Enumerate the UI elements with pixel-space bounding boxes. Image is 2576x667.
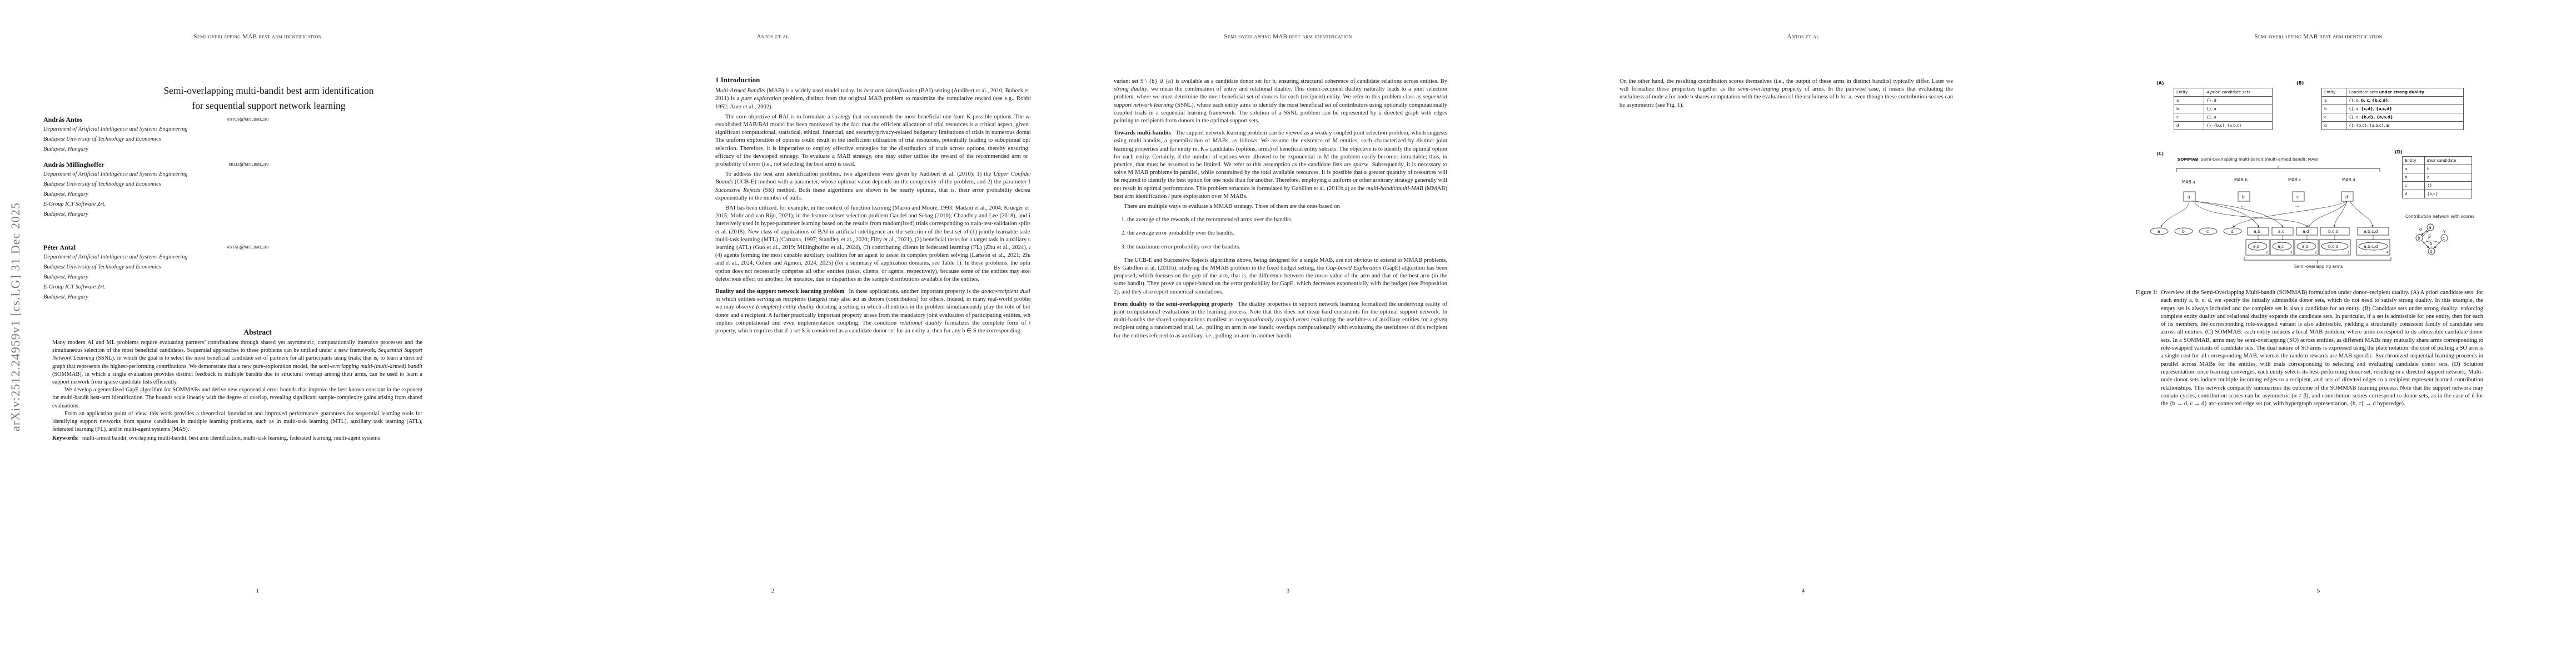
page-3: Semi-overlapping MAB best arm identifica… [1030, 0, 1546, 667]
paragraph: The UCB-E and Successive Rejects algorit… [1114, 257, 1447, 296]
svg-text:β: β [2428, 234, 2431, 239]
page-4: Antos et al On the other hand, the resul… [1546, 0, 2061, 667]
paragraph: Multi-Armed Bandits (MAB) is a widely us… [715, 87, 1038, 111]
paper-title: Semi-overlapping multi-bandit best arm i… [44, 83, 493, 113]
running-head: Semi-overlapping MAB best arm identifica… [0, 33, 515, 40]
page-number: 5 [2061, 588, 2576, 594]
table-header-row: Entity Best candidate [2403, 157, 2472, 165]
svg-text:a,b,c,d: a,b,c,d [2364, 229, 2378, 234]
svg-text:2: 2 [2266, 251, 2268, 255]
author-affiliation: Budapest, Hungary [43, 272, 249, 282]
main-column: variant set S \ {b} ∪ {a} is available a… [1114, 78, 1447, 342]
svg-text:a,b: a,b [2253, 244, 2260, 249]
abstract-paragraph: From an application point of view, this … [52, 410, 422, 434]
author-block: Péter Antal Department of Artificial Int… [43, 243, 249, 302]
page-number: 1 [0, 588, 515, 594]
author-affiliation: Budapest University of Technology and Ec… [43, 135, 249, 145]
author-name: Péter Antal [43, 243, 249, 252]
svg-text:a: a [2429, 225, 2431, 230]
svg-text:d: d [2345, 195, 2348, 200]
svg-text:b: b [2242, 195, 2245, 200]
svg-text:MAB d: MAB d [2342, 177, 2355, 182]
title-line-2: for sequential support network learning [44, 98, 493, 113]
author-affiliation: Budapest, Hungary [43, 210, 249, 220]
author-affiliation: Budapest, Hungary [43, 190, 249, 200]
list-item: the maximum error probability over the b… [1127, 243, 1447, 251]
svg-text:2: 2 [2315, 251, 2317, 255]
author-name: András Antos [43, 115, 249, 125]
paragraph: To address the best arm identification p… [715, 171, 1038, 202]
paragraph-heading: Towards multi-bandits [1114, 130, 1171, 136]
author-affiliation: Department of Artificial Intelligence an… [43, 170, 249, 180]
sommab-diagram: MAB a MAB b MAB c MAB d a b c d ... ... [2061, 0, 2576, 289]
page-2: Antos et al 1 Introduction Multi-Armed B… [515, 0, 1030, 667]
page-1: arXiv:2512.24959v1 [cs.LG] 31 Dec 2025 S… [0, 0, 515, 667]
figure-caption: Figure 1: Overview of the Semi-Overlappi… [2161, 289, 2483, 408]
svg-text:b: b [2418, 236, 2420, 241]
svg-text:MAB c: MAB c [2288, 177, 2301, 182]
arxiv-stamp: arXiv:2512.24959v1 [cs.LG] 31 Dec 2025 [4, 78, 27, 556]
paragraph: The core objective of BAI is to formulat… [715, 113, 1038, 168]
svg-text:b,c,d: b,c,d [2328, 229, 2339, 234]
abstract-body: Many modern AI and ML problems require e… [52, 339, 422, 443]
svg-text:Semi-overlapping arms: Semi-overlapping arms [2294, 264, 2343, 269]
svg-text:a,d: a,d [2302, 244, 2309, 249]
list-item: the average of the rewards of the recomm… [1127, 216, 1447, 224]
running-head: Antos et al [1546, 33, 2061, 40]
author-affiliation: E-Group ICT Software Zrt. [43, 200, 249, 210]
svg-text:...: ... [2295, 203, 2299, 208]
paragraph: From duality to the semi-overlapping pro… [1114, 301, 1447, 340]
svg-text:c: c [2443, 236, 2445, 241]
svg-text:MAB b: MAB b [2234, 177, 2248, 182]
svg-text:a: a [2158, 229, 2160, 234]
table-row: ba [2403, 173, 2472, 182]
page-number: 2 [515, 588, 1030, 594]
svg-text:4: 4 [2386, 251, 2389, 255]
svg-text:b,c,d: b,c,d [2328, 244, 2339, 249]
abstract-paragraph: Many modern AI and ML problems require e… [52, 339, 422, 386]
svg-text:c: c [2206, 229, 2209, 234]
svg-text:a,c: a,c [2278, 229, 2284, 234]
svg-text:a,b: a,b [2254, 229, 2260, 234]
table-row: d{b,c} [2403, 190, 2472, 198]
title-line-1: Semi-overlapping multi-bandit best arm i… [44, 83, 493, 98]
svg-text:d: d [2231, 229, 2234, 234]
page-5: Semi-overlapping MAB best arm identifica… [2061, 0, 2576, 667]
section-heading: 1 Introduction [715, 76, 1038, 84]
paragraph: There are multiple ways to evaluate a MM… [1114, 203, 1447, 211]
svg-text:c: c [2296, 195, 2299, 200]
author-block: András Millinghoffer Department of Artif… [43, 160, 249, 220]
running-head: Antos et al [515, 33, 1030, 40]
svg-text:2: 2 [2290, 251, 2293, 255]
svg-text:d: d [2430, 249, 2433, 254]
author-block: András Antos Department of Artificial In… [43, 115, 249, 155]
main-column: On the other hand, the resulting contrib… [1620, 78, 1953, 112]
page-number: 4 [1546, 588, 2061, 594]
main-column: 1 Introduction Multi-Armed Bandits (MAB)… [715, 75, 1038, 337]
paragraph-heading: Duality and the support network learning… [715, 288, 844, 295]
arxiv-identifier: arXiv:2512.24959v1 [cs.LG] 31 Dec 2025 [8, 202, 23, 431]
keywords-list: multi-armed bandit, overlapping multi-ba… [82, 435, 380, 441]
mab-node [2184, 192, 2353, 201]
svg-text:b: b [2182, 229, 2185, 234]
running-head: Semi-overlapping MAB best arm identifica… [1030, 33, 1546, 40]
keywords: Keywords:multi-armed bandit, overlapping… [52, 435, 422, 442]
author-email[interactable]: antal@mit.bme.hu [227, 244, 269, 250]
panel-d-table: Entity Best candidate ab ba c{} d{b,c} [2402, 156, 2472, 198]
author-affiliation: Budapest University of Technology and Ec… [43, 262, 249, 272]
author-affiliation: E-Group ICT Software Zrt. [43, 282, 249, 292]
author-affiliation: Budapest, Hungary [43, 145, 249, 155]
paragraph-heading: From duality to the semi-overlapping pro… [1114, 301, 1233, 307]
author-email[interactable]: antos@mit.bme.hu [227, 116, 269, 122]
svg-text:γ: γ [2443, 228, 2446, 233]
author-affiliation: Budapest, Hungary [43, 292, 249, 302]
abstract-paragraph: We develop a generalized GapE algorithm … [52, 386, 422, 410]
paragraph: On the other hand, the resulting contrib… [1620, 78, 1953, 109]
author-affiliation: Department of Artificial Intelligence an… [43, 125, 249, 135]
svg-text:δ: δ [2430, 241, 2433, 246]
table-row: c{} [2403, 182, 2472, 190]
paragraph: Duality and the support network learning… [715, 288, 1038, 335]
list-item: the average error probability over the b… [1127, 230, 1447, 237]
svg-text:a,d: a,d [2303, 229, 2309, 234]
evaluation-criteria-list: the average of the rewards of the recomm… [1127, 216, 1447, 251]
svg-text:α: α [2419, 227, 2422, 232]
figure-caption-label: Figure 1: [2136, 289, 2158, 297]
svg-text:Contribution network with scor: Contribution network with scores [2405, 214, 2474, 219]
table-row: ab [2403, 165, 2472, 173]
author-name: András Millinghoffer [43, 160, 249, 170]
svg-text:a,b,c,d: a,b,c,d [2364, 244, 2378, 249]
paragraph: variant set S \ {b} ∪ {a} is available a… [1114, 78, 1447, 125]
author-affiliation: Budapest University of Technology and Ec… [43, 180, 249, 190]
svg-text:MAB a: MAB a [2182, 180, 2195, 185]
svg-text:3: 3 [2347, 251, 2349, 255]
author-affiliation: Department of Artificial Intelligence an… [43, 252, 249, 262]
panel-label-d: (D) [2395, 150, 2403, 155]
paragraph: Towards multi-banditsThe support network… [1114, 130, 1447, 201]
keywords-label: Keywords: [52, 435, 79, 441]
page-number: 3 [1030, 588, 1546, 594]
svg-text:...: ... [2241, 203, 2245, 208]
author-email[interactable]: milli@mit.bme.hu [229, 161, 269, 167]
figure-caption-text: Overview of the Semi-Overlapping Multi-b… [2161, 289, 2483, 408]
svg-text:a,c: a,c [2278, 244, 2284, 249]
svg-text:a: a [2188, 195, 2190, 200]
abstract-heading: Abstract [0, 328, 515, 337]
paragraph: BAI has been utilized, for example, in t… [715, 205, 1038, 283]
